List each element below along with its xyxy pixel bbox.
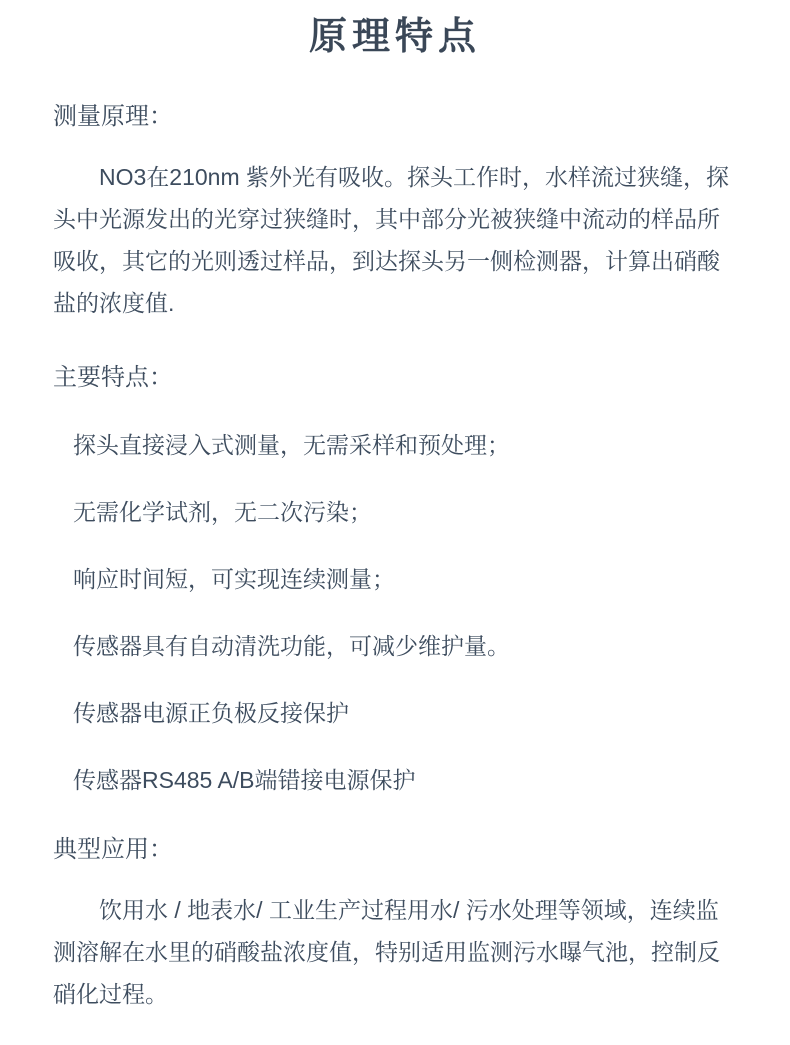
feature-item-no-reagents: 无需化学试剂，无二次污染； <box>73 496 737 528</box>
content-page: 原理特点 测量原理： NO3在210nm 紫外光有吸收。探头工作时，水样流过狭缝… <box>0 0 790 1045</box>
feature-item-immersion-measurement: 探头直接浸入式测量，无需采样和预处理； <box>73 429 737 461</box>
measurement-principle-paragraph: NO3在210nm 紫外光有吸收。探头工作时，水样流过狭缝，探头中光源发出的光穿… <box>53 156 737 324</box>
typical-applications-paragraph: 饮用水 / 地表水/ 工业生产过程用水/ 污水处理等领域，连续监测溶解在水里的硝… <box>53 889 737 1015</box>
feature-item-rs485-miswire-protection: 传感器RS485 A/B端错接电源保护 <box>73 764 737 796</box>
feature-list: 探头直接浸入式测量，无需采样和预处理； 无需化学试剂，无二次污染； 响应时间短，… <box>53 429 737 796</box>
section-heading-typical-applications: 典型应用： <box>53 834 737 865</box>
page-title: 原理特点 <box>53 12 737 63</box>
feature-item-auto-cleaning: 传感器具有自动清洗功能，可减少维护量。 <box>73 630 737 662</box>
feature-item-fast-response: 响应时间短，可实现连续测量； <box>73 563 737 595</box>
section-heading-main-features: 主要特点： <box>53 362 737 393</box>
feature-item-reverse-polarity-protection: 传感器电源正负极反接保护 <box>73 697 737 729</box>
section-heading-measurement-principle: 测量原理： <box>53 101 737 132</box>
